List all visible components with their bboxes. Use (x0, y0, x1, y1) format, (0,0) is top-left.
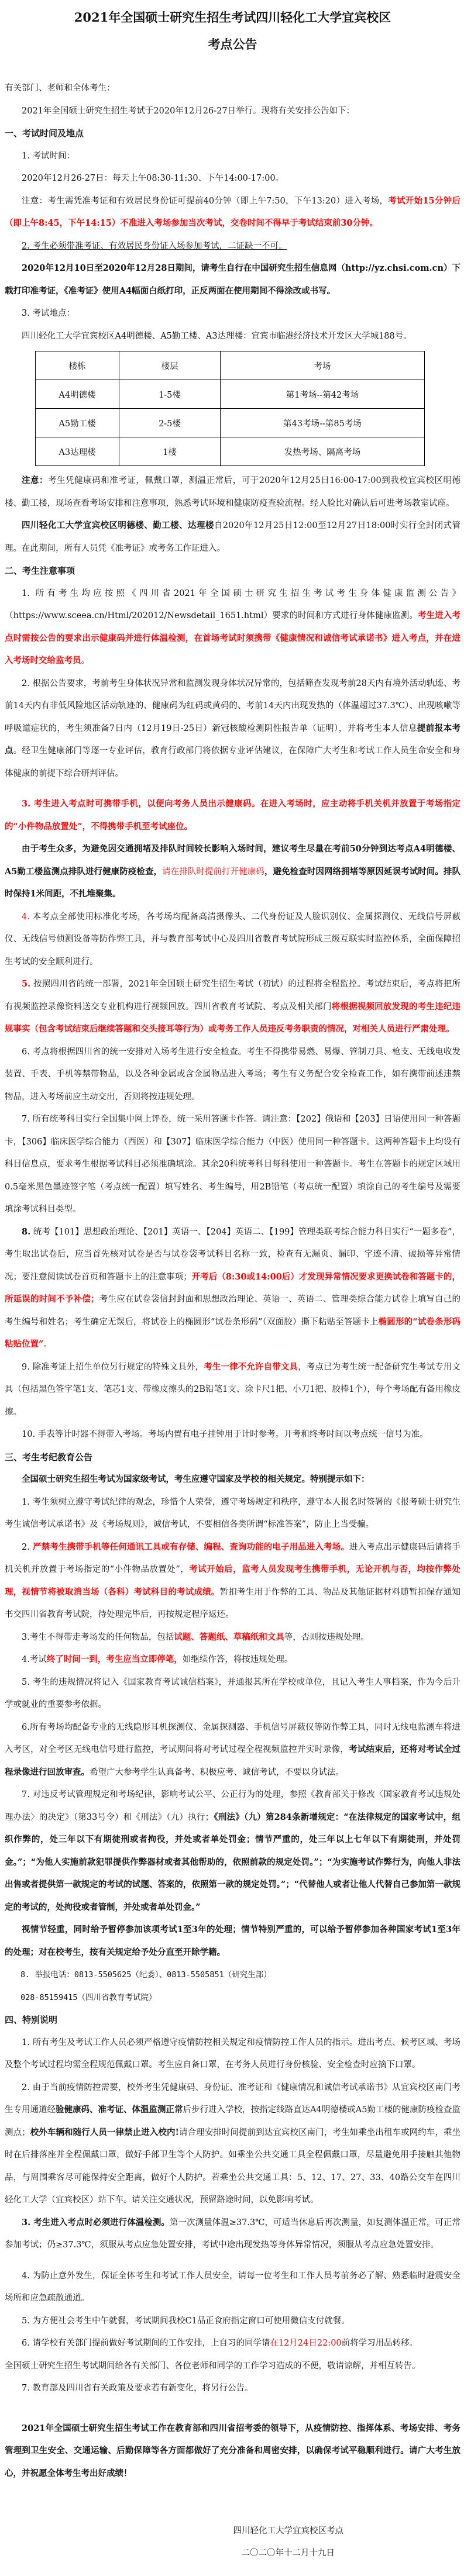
s2-item8: 8. 统考【101】思想政治理论、【201】英语一、【204】英语二、【199】… (5, 1221, 460, 1356)
section2-heading: 二、考生注意事项 (5, 560, 460, 582)
s2-item1: 1. 所有考生均应按照《四川省2021年全国硕士研究生招生考试考生身体健康监测公… (5, 582, 460, 673)
table-row: A3达理楼 1楼 发热考场、隔离考场 (36, 437, 425, 466)
s4-item2-bold2: 校外车辆和随行人员一律禁止进入校内! (30, 2127, 179, 2137)
greeting: 有关部门、老师和全体考生： (5, 77, 460, 100)
s3-item5: 5. 考生的违规情况将记入《国家教育考试诚信档案》，并通报其所在学校或单位，且记… (5, 1671, 460, 1716)
s2-item7: 7. 所有统考科目实行全国集中网上评卷，统一采用答题卡作答。请注意：【202】俄… (5, 1108, 460, 1221)
punct: 。 (81, 656, 90, 665)
queue-red: 请在排队时提前打开健康码 (162, 867, 264, 877)
closed-buildings: 四川轻化工大学宜宾校区明德楼、勤工楼、达理楼 (22, 520, 214, 530)
table-row: A4明德楼 1-5楼 第1考场--第42考场 (36, 380, 425, 409)
s4-item3-bold: 3. 考生进入考点时必须进行体温检测。 (22, 2218, 170, 2227)
table-cell: A5勤工楼 (36, 409, 119, 437)
s3-item4-red: 终了时间一到，考生应当立即停笔， (47, 1654, 183, 1664)
s3-item3-end: 等，否则按违规处理。 (284, 1633, 369, 1642)
spacer (5, 2257, 460, 2265)
table-cell: 2-5楼 (119, 409, 221, 437)
table-header-row: 楼栋 楼层 考场 (36, 351, 425, 380)
closed-management: 四川轻化工大学宜宾校区明德楼、勤工楼、达理楼自2020年12月25日12:00至… (5, 515, 460, 560)
s2-item2-end: 。经卫生健康部门等逐一专业评估，教育行政部门将依据专业评估建议，在保障广大考生和… (5, 746, 460, 778)
criminal-law-quote: 《刑法》（九）第284条新增规定：“在法律规定的国家考试中，组织作弊的，处三年以… (5, 1812, 460, 1912)
spacer (5, 785, 460, 793)
time-label: 1. 考试时间： (5, 145, 460, 168)
s2-item1-text: 1. 所有考生均应按照《四川省2021年全国硕士研究生招生考试考生身体健康监测公… (5, 589, 460, 621)
s2-item3: 3. 考生进入考点时可携带手机，以便向考务人员出示健康码。在进入考场时，应主动将… (5, 793, 460, 838)
s3-item2-red: 严禁考生携带手机等任何通讯工具或有存储、编程、查询功能的电子用品进入考场。 (30, 1542, 349, 1552)
location-label: 3. 考试地点： (5, 302, 460, 325)
s3-item3-red: 试题、答题纸、草稿纸和文具 (174, 1632, 284, 1642)
admission-ticket-notice: 2020年12月10日至2020年12月28日期间，请考生自行在中国研究生招生信… (5, 257, 460, 302)
s2-item5: 5. 按照四川省的统一部署，2021年全国硕士研究生招生考试（初试）的过程将全程… (5, 973, 460, 1041)
closing-paragraph: 2021年全国硕士研究生招生考试工作在教育部和四川省招考委的领导下，从疫情防控、… (5, 2418, 460, 2485)
table-header: 考场 (221, 351, 425, 380)
s3-item1: 1. 考生须树立遵守考试纪律的观念，珍惜个人荣誉，遵守考场规定和秩序，遵守本人报… (5, 1491, 460, 1536)
table-row: A5勤工楼 2-5楼 第43考场--第85考场 (36, 409, 425, 437)
s4-item2-bold: 验健康码、准考证、体温监测正常 (56, 2105, 183, 2115)
signature-org: 四川轻化工大学宜宾校区考点 (5, 2520, 460, 2542)
report-phone-line2: 028-85159415（四川省教育考试院） (5, 1987, 460, 2009)
signature-date: 二〇二〇年十二月十九日 (5, 2542, 460, 2564)
section1-heading: 一、考试时间及地点 (5, 122, 460, 145)
item-number: 4. (22, 912, 30, 922)
apology: 全国硕士研究生招生考试期间给各有关部门、各位老师和同学的工作学习造成的不便，敬请… (5, 2355, 460, 2378)
s3-penalty: 视情节轻重，同时给予暂停参加该项考试1至3年的处理；情节特别严重的，可以给予暂停… (5, 1919, 460, 1964)
s2-item4: 4. 本考点全部使用标准化考场，各考场均配备高清摄像头、二代身份证及人脸识别仪、… (5, 906, 460, 974)
spacer (5, 2485, 460, 2520)
s3-item3-text: 3.考生不得带走考场发的任何物品，包括 (22, 1633, 174, 1642)
visit-notice: 注意：考生凭健康码和准考证，佩戴口罩，测温正常后，可于2020年12月25日16… (5, 470, 460, 515)
s4-item6-red: 在12月24日22:00 (270, 2339, 341, 2348)
s3-lead: 全国硕士研究生招生考试为国家级考试，考生应遵守国家及学校的相关规定。特别提示如下… (5, 1468, 460, 1491)
s2-item4-text: 本考点全部使用标准化考场，各考场均配备高清摄像头、二代身份证及人脸识别仪、金属探… (5, 912, 460, 967)
s4-item7: 7. 教育部及四川省有关政策及要求若有新变化，将另行公告。 (5, 2377, 460, 2400)
page-subtitle: 考点公告 (5, 35, 460, 54)
report-phone-line1: 8. 举报电话：0813-5505625（纪委）、0813-5505851（研究… (5, 1964, 460, 1987)
location-value: 四川轻化工大学宜宾校区A4明德楼、A5勤工楼、A3达理楼：宜宾市临港经济技术开发… (5, 325, 460, 348)
time-notice: 注意：考生需凭准考证和有效居民身份证可提前40分钟（即上午7:50，下午13:2… (5, 190, 460, 235)
s2-item2: 2. 根据公告要求，考前考生身体状况异常和监测发现身体状况异常的，包括筛查发现考… (5, 673, 460, 785)
s4-item2: 2. 由于当前疫情防控需要，校外考生凭健康码、身份证、准考证和《健康情况和诚信考… (5, 2077, 460, 2212)
item-number: 2. (22, 1543, 30, 1552)
item-number: 8. (22, 1227, 30, 1237)
s4-item4: 4. 为防止意外发生，保证全体考生和考试工作人员安全，请每一位考生和工作人员考前… (5, 2265, 460, 2310)
table-cell: 1楼 (119, 437, 221, 466)
section3-heading: 三、考生考纪教育公告 (5, 1446, 460, 1469)
s3-item6-end: 希望广大参考学生认真备考、积极应考、诚信考试，不要以身试法。 (90, 1768, 344, 1777)
s4-item2-text3: 请合理安排时间提前到达宜宾校区南门，考生如乘坐出租车或网约车，乘坐时在后排落座并… (5, 2128, 460, 2205)
s3-item6: 6.所有考场均配备专业的无线隐形耳机探测仪、金属探测器、手机信号屏蔽仪等防作弊工… (5, 1716, 460, 1784)
s3-item4: 4.考试终了时间一到，考生应当立即停笔，如继续作答，将按违规处理。 (5, 1649, 460, 1671)
table-cell: 1-5楼 (119, 380, 221, 409)
s2-item9-red: 考生一律不允许自带文具 (204, 1362, 298, 1372)
s3-item2: 2. 严禁考生携带手机等任何通讯工具或有存储、编程、查询功能的电子用品进入考场。… (5, 1536, 460, 1626)
page-title: 2021年全国硕士研究生招生考试四川轻化工大学宜宾校区 (5, 8, 460, 27)
table-cell: 第43考场--第85考场 (221, 409, 425, 437)
s2-item6: 6. 考点将根据四川省的统一安排对入场考生进行安全检查。考生不得携带易燃、易爆、… (5, 1041, 460, 1109)
s2-item9-text: 9. 除准考证上招生单位另行规定的特殊文具外， (22, 1363, 204, 1372)
s2-item9: 9. 除准考证上招生单位另行规定的特殊文具外，考生一律不允许自带文具，考点已为考… (5, 1356, 460, 1424)
notice-text: 注意：考生需凭准考证和有效居民身份证可提前40分钟（即上午7:50，下午13:2… (22, 196, 388, 206)
s4-item5: 5. 为方便社会考生中午就餐，考试期间我校C1品正食府指定窗口可使用微信支付就餐… (5, 2310, 460, 2333)
visit-label: 注意： (22, 475, 48, 485)
table-cell: 发热考场、隔离考场 (221, 437, 425, 466)
visit-text: 考生凭健康码和准考证，佩戴口罩，测温正常后，可于2020年12月25日16:00… (5, 476, 460, 508)
s3-item3: 3.考生不得带走考场发的任何物品，包括试题、答题纸、草稿纸和文具等，否则按违规处… (5, 1626, 460, 1649)
punct: 。 (43, 1340, 52, 1349)
s4-item6-text: 6. 请学校有关部门提前做好考试期间的工作安排，上自习的同学请 (22, 2339, 270, 2348)
table-header: 楼栋 (36, 351, 119, 380)
table-header: 楼层 (119, 351, 221, 380)
s2-item3-queue: 由于考生众多，为避免因交通拥堵及排队时间较长影响入场时间，建议考生尽量在考前50… (5, 838, 460, 906)
s3-item7: 7. 对违反考试管理规定和考场纪律，影响考试公平、公正行为的处理，参照《教育部关… (5, 1784, 460, 1919)
s4-item6-end: 前将学习用品转移。 (342, 2339, 418, 2348)
s4-item3: 3. 考生进入考点时必须进行体温检测。第一次测量体温≥37.3℃，可适当休息后再… (5, 2212, 460, 2257)
spacer (5, 2400, 460, 2418)
exam-location-table: 楼栋 楼层 考场 A4明德楼 1-5楼 第1考场--第42考场 A5勤工楼 2-… (35, 351, 425, 466)
announcement-document: 2021年全国硕士研究生招生考试四川轻化工大学宜宾校区 考点公告 有关部门、老师… (0, 0, 464, 2576)
s4-item1: 1. 所有考生及考试工作人员必须严格遵守疫情防控相关规定和疫情防控工作人员的指示… (5, 2032, 460, 2077)
s3-item4-text: 4.考试 (22, 1655, 47, 1664)
id-requirement: 2. 考生必须带准考证、有效居民身份证入场参加考试，二证缺一不可。 (5, 235, 460, 258)
time-value: 2020年12月26-27日：每天上午08:30-11:30、下午14:00-1… (5, 167, 460, 190)
table-cell: 第1考场--第42考场 (221, 380, 425, 409)
s2-item2-text: 2. 根据公告要求，考前考生身体状况异常和监测发现身体状况异常的，包括筛查发现考… (5, 679, 460, 733)
table-cell: A3达理楼 (36, 437, 119, 466)
s3-item4-end: 如继续作答，将按违规处理。 (183, 1655, 293, 1664)
id-requirement-text: 2. 考生必须带准考证、有效居民身份证入场参加考试，二证缺一不可。 (22, 242, 287, 251)
s2-item10: 10. 手表等计时器不得带入考场。考场内置有电子挂钟用于计时参考。开考和终考时间… (5, 1423, 460, 1446)
intro: 2021年全国硕士研究生招生考试于2020年12月26-27日举行。现将有关安排… (5, 100, 460, 123)
section4-heading: 四、特别说明 (5, 2009, 460, 2032)
s4-item6: 6. 请学校有关部门提前做好考试期间的工作安排，上自习的同学请在12月24日22… (5, 2332, 460, 2355)
table-cell: A4明德楼 (36, 380, 119, 409)
item-number: 5. (22, 979, 30, 989)
